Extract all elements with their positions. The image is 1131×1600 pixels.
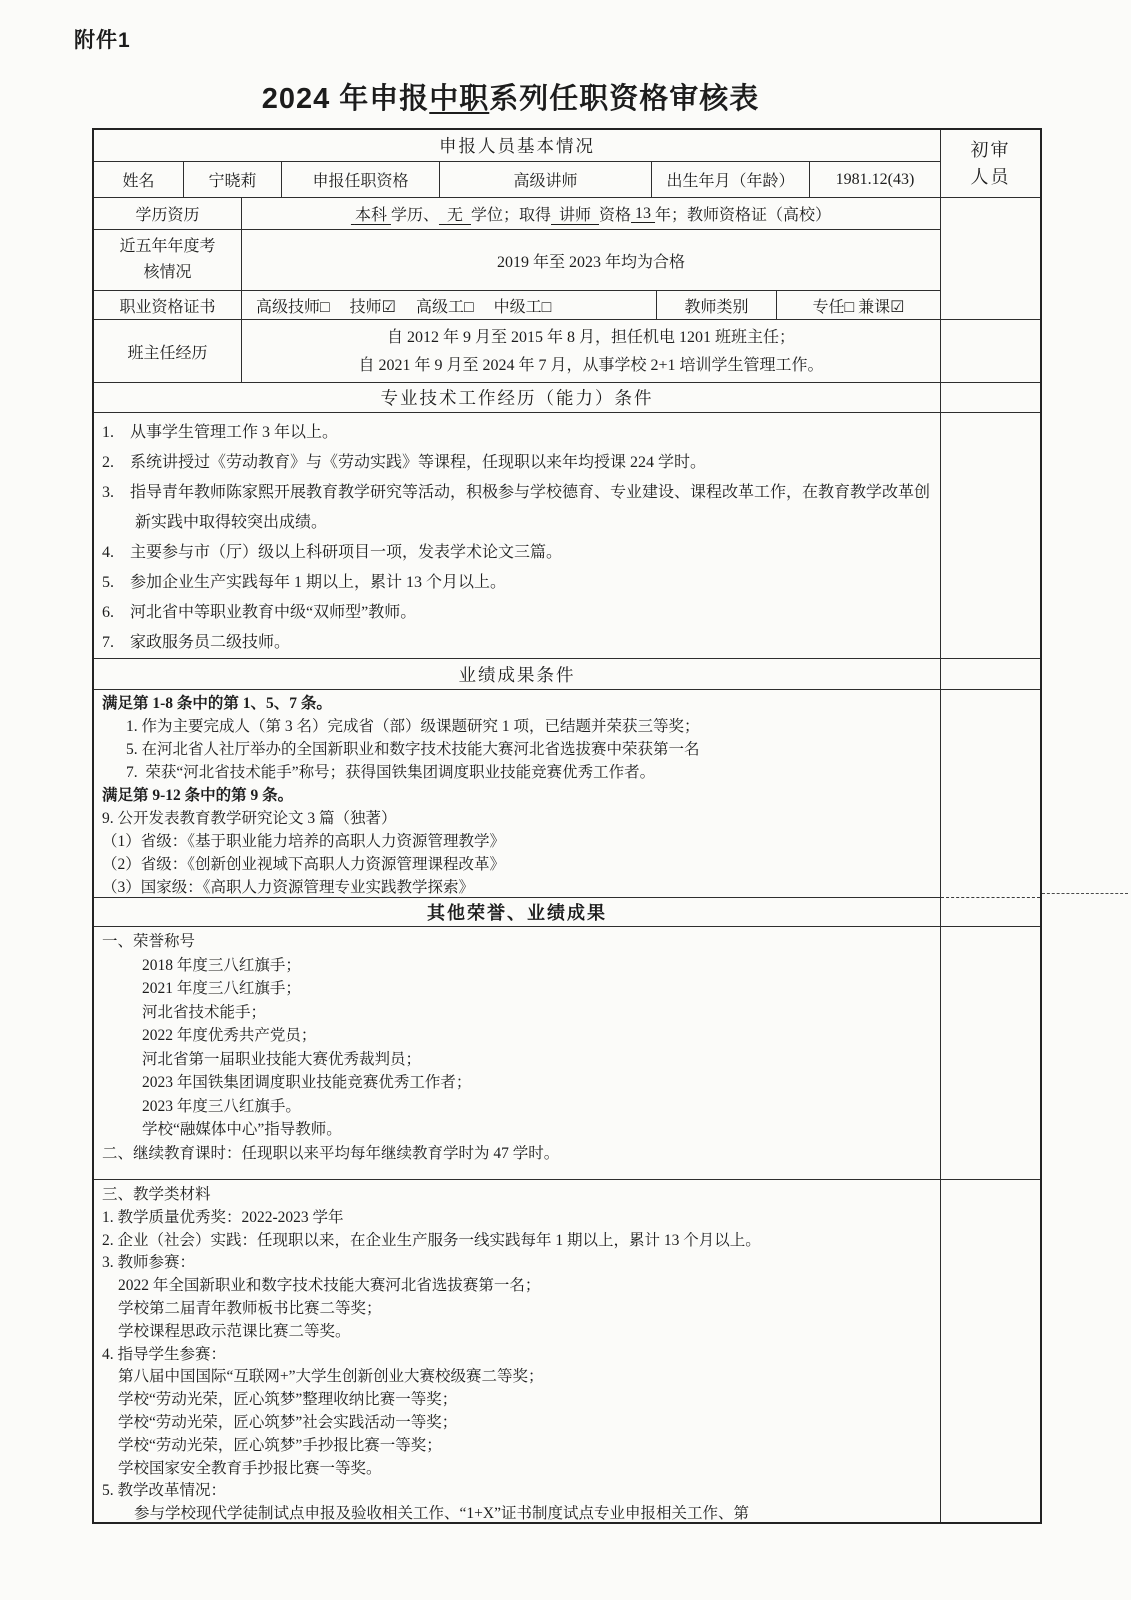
education-value: 本科 学历、 无 学位；取得 讲师 资格 13 年；教师资格证（高校） <box>242 198 940 229</box>
text-line: 满足第 1-8 条中的第 1、5、7 条。 <box>102 692 932 715</box>
name-value: 宁晓莉 <box>184 162 282 197</box>
honors-content-row: 一、荣誉称号2018 年度三八红旗手；2021 年度三八红旗手；河北省技术能手；… <box>94 927 940 1180</box>
vocational-cert-checkboxes: 高级技师□ 技师☑ 高级工□ 中级工□ <box>242 291 657 319</box>
text-line: 自 2012 年 9 月至 2015 年 8 月，担任机电 1201 班班主任； <box>250 324 932 352</box>
text-line: 4. 主要参与市（厅）级以上科研项目一项，发表学术论文三篇。 <box>102 538 932 568</box>
text-line: 2021 年度三八红旗手； <box>102 977 932 1001</box>
table-main-column: 申报人员基本情况 姓名 宁晓莉 申报任职资格 高级讲师 出生年月（年龄） 198… <box>94 130 940 1522</box>
text-line: 二、继续教育课时：任现职以来平均每年继续教育学时为 47 学时。 <box>102 1142 932 1166</box>
text-segment: 资格 <box>599 202 631 225</box>
head-teacher-label: 班主任经历 <box>94 320 242 382</box>
text-line: 3. 教师参赛： <box>102 1252 932 1275</box>
text-line: 6. 河北省中等职业教育中级“双师型”教师。 <box>102 598 932 628</box>
text-line: 学校第二届青年教师板书比赛二等奖； <box>102 1298 932 1321</box>
text-segment: 学历、 <box>391 202 439 225</box>
birth-label: 出生年月（年龄） <box>652 162 810 197</box>
other-honors-header-row: 其他荣誉、业绩成果 <box>94 898 940 927</box>
review-table: 申报人员基本情况 姓名 宁晓莉 申报任职资格 高级讲师 出生年月（年龄） 198… <box>92 128 1042 1524</box>
text-line: 学校“融媒体中心”指导教师。 <box>102 1118 932 1142</box>
text-segment: 系列任职资格审核表 <box>489 83 759 115</box>
text-line: 学校课程思政示范课比赛二等奖。 <box>102 1321 932 1344</box>
text-line: 7. 家政服务员二级技师。 <box>102 628 932 658</box>
achievement-lines: 满足第 1-8 条中的第 1、5、7 条。1. 作为主要完成人（第 3 名）完成… <box>94 690 940 897</box>
apply-qualification-label: 申报任职资格 <box>282 162 440 197</box>
reviewer-cell <box>941 413 1040 659</box>
text-line: 5. 在河北省人社厅举办的全国新职业和数字技术技能大赛河北省选拔赛中荣获第一名 <box>102 738 932 761</box>
reviewer-cell <box>941 659 1040 690</box>
text-line: （1）省级：《基于职业能力培养的高职人力资源管理教学》 <box>102 830 932 853</box>
name-label: 姓名 <box>94 162 184 197</box>
text-line: 2022 年全国新职业和数字技术技能大赛河北省选拔赛第一名； <box>102 1275 932 1298</box>
reviewer-label: 初审 人员 <box>971 137 1011 191</box>
text-line: 参与学校现代学徒制试点申报及验收相关工作、“1+X”证书制度试点专业申报相关工作… <box>102 1503 932 1526</box>
appraisal-label: 近五年年度考 核情况 <box>94 230 242 290</box>
education-label: 学历资历 <box>94 198 242 229</box>
margin-dash-line <box>1042 893 1128 894</box>
honor-lines: 一、荣誉称号2018 年度三八红旗手；2021 年度三八红旗手；河北省技术能手；… <box>94 927 940 1179</box>
tech-items-row: 1. 从事学生管理工作 3 年以上。2. 系统讲授过《劳动教育》与《劳动实践》等… <box>94 413 940 659</box>
text-line: 学校国家安全教育手抄报比赛一等奖。 <box>102 1458 932 1481</box>
birth-value: 1981.12(43) <box>810 162 940 197</box>
text-segment: 2024 年申报 <box>262 83 430 115</box>
name-row: 姓名 宁晓莉 申报任职资格 高级讲师 出生年月（年龄） 1981.12(43) <box>94 162 940 198</box>
reviewer-cell <box>941 1180 1040 1522</box>
text-segment: 本科 <box>351 202 391 225</box>
text-line: 3. 指导青年教师陈家熙开展教育教学研究等活动，积极参与学校德育、专业建设、课程… <box>102 478 932 538</box>
reviewer-cell <box>941 690 1040 898</box>
appraisal-row: 近五年年度考 核情况 2019 年至 2023 年均为合格 <box>94 230 940 291</box>
text-line: 第八届中国国际“互联网+”大学生创新创业大赛校级赛二等奖； <box>102 1366 932 1389</box>
text-segment: 学位；取得 <box>471 202 551 225</box>
education-row: 学历资历 本科 学历、 无 学位；取得 讲师 资格 13 年；教师资格证（高校） <box>94 198 940 230</box>
text-line: 5. 参加企业生产实践每年 1 期以上，累计 13 个月以上。 <box>102 568 932 598</box>
basic-info-section-title: 申报人员基本情况 <box>94 130 940 161</box>
achievement-header-row: 业绩成果条件 <box>94 659 940 690</box>
vocational-cert-label: 职业资格证书 <box>94 291 242 319</box>
text-line: 4. 指导学生参赛： <box>102 1344 932 1367</box>
reviewer-cell <box>941 198 1040 320</box>
text-line: 1. 教学质量优秀奖：2022-2023 学年 <box>102 1207 932 1230</box>
tech-section-title: 专业技术工作经历（能力）条件 <box>94 383 940 412</box>
reviewer-cell <box>941 320 1040 383</box>
other-honors-section-title: 其他荣誉、业绩成果 <box>94 898 940 926</box>
text-line: 1. 从事学生管理工作 3 年以上。 <box>102 418 932 448</box>
text-line: 满足第 9-12 条中的第 9 条。 <box>102 784 932 807</box>
text-line: 2. 系统讲授过《劳动教育》与《劳动实践》等课程，任现职以来年均授课 224 学… <box>102 448 932 478</box>
text-segment: 年；教师资格证（高校） <box>655 202 831 225</box>
basic-info-header-row: 申报人员基本情况 <box>94 130 940 162</box>
reviewer-cell <box>941 898 1040 927</box>
reviewer-column: 初审 人员 <box>940 130 1040 1522</box>
tech-items-list: 1. 从事学生管理工作 3 年以上。2. 系统讲授过《劳动教育》与《劳动实践》等… <box>94 413 940 658</box>
teaching-lines: 三、教学类材料1. 教学质量优秀奖：2022-2023 学年2. 企业（社会）实… <box>94 1180 940 1526</box>
text-line: 7. 荣获“河北省技术能手”称号；获得国铁集团调度职业技能竞赛优秀工作者。 <box>102 761 932 784</box>
text-line: 学校“劳动光荣，匠心筑梦”手抄报比赛一等奖； <box>102 1435 932 1458</box>
text-segment: 13 <box>631 205 655 223</box>
apply-qualification-value: 高级讲师 <box>440 162 652 197</box>
text-line: 三、教学类材料 <box>102 1184 932 1207</box>
head-teacher-experience: 自 2012 年 9 月至 2015 年 8 月，担任机电 1201 班班主任；… <box>242 320 940 382</box>
reviewer-cell <box>941 383 1040 413</box>
text-line: 学校“劳动光荣，匠心筑梦”社会实践活动一等奖； <box>102 1412 932 1435</box>
teacher-type-label: 教师类别 <box>657 291 777 319</box>
text-line: 河北省技术能手； <box>102 1001 932 1025</box>
text-line: 2023 年国铁集团调度职业技能竞赛优秀工作者； <box>102 1071 932 1095</box>
text-line: 学校“劳动光荣，匠心筑梦”整理收纳比赛一等奖； <box>102 1389 932 1412</box>
vocational-cert-row: 职业资格证书 高级技师□ 技师☑ 高级工□ 中级工□ 教师类别 专任□ 兼课☑ <box>94 291 940 320</box>
text-line: 2018 年度三八红旗手； <box>102 954 932 978</box>
achievement-content-row: 满足第 1-8 条中的第 1、5、7 条。1. 作为主要完成人（第 3 名）完成… <box>94 690 940 898</box>
text-line: （3）国家级：《高职人力资源管理专业实践教学探索》 <box>102 876 932 897</box>
text-line: 1. 作为主要完成人（第 3 名）完成省（部）级课题研究 1 项，已结题并荣获三… <box>102 715 932 738</box>
text-line: 2. 企业（社会）实践：任现职以来，在企业生产服务一线实践每年 1 期以上，累计… <box>102 1230 932 1253</box>
text-line: 河北省第一届职业技能大赛优秀裁判员； <box>102 1048 932 1072</box>
text-line: （2）省级：《创新创业视域下高职人力资源管理课程改革》 <box>102 853 932 876</box>
attachment-label: 附件1 <box>74 24 131 54</box>
text-line: 一、荣誉称号 <box>102 930 932 954</box>
reviewer-cell <box>941 927 1040 1180</box>
text-line: 2023 年度三八红旗手。 <box>102 1095 932 1119</box>
tech-section-header-row: 专业技术工作经历（能力）条件 <box>94 383 940 413</box>
achievement-section-title: 业绩成果条件 <box>94 659 940 689</box>
text-segment: 无 <box>439 202 471 225</box>
reviewer-label-cell: 初审 人员 <box>941 130 1040 198</box>
text-line: 5. 教学改革情况： <box>102 1480 932 1503</box>
teacher-type-checkboxes: 专任□ 兼课☑ <box>777 291 940 319</box>
document-page: 附件1 2024 年申报中职系列任职资格审核表 申报人员基本情况 姓名 宁晓莉 … <box>0 0 1131 1600</box>
text-line: 自 2021 年 9 月至 2024 年 7 月，从事学校 2+1 培训学生管理… <box>250 352 932 380</box>
teaching-materials-row: 三、教学类材料1. 教学质量优秀奖：2022-2023 学年2. 企业（社会）实… <box>94 1180 940 1526</box>
head-teacher-row: 班主任经历 自 2012 年 9 月至 2015 年 8 月，担任机电 1201… <box>94 320 940 383</box>
text-line: 2022 年度优秀共产党员； <box>102 1024 932 1048</box>
text-segment: 讲师 <box>551 202 599 225</box>
document-title: 2024 年申报中职系列任职资格审核表 <box>0 76 1021 117</box>
text-line: 9. 公开发表教育教学研究论文 3 篇（独著） <box>102 807 932 830</box>
text-segment: 中职 <box>429 83 489 115</box>
appraisal-value: 2019 年至 2023 年均为合格 <box>242 230 940 290</box>
